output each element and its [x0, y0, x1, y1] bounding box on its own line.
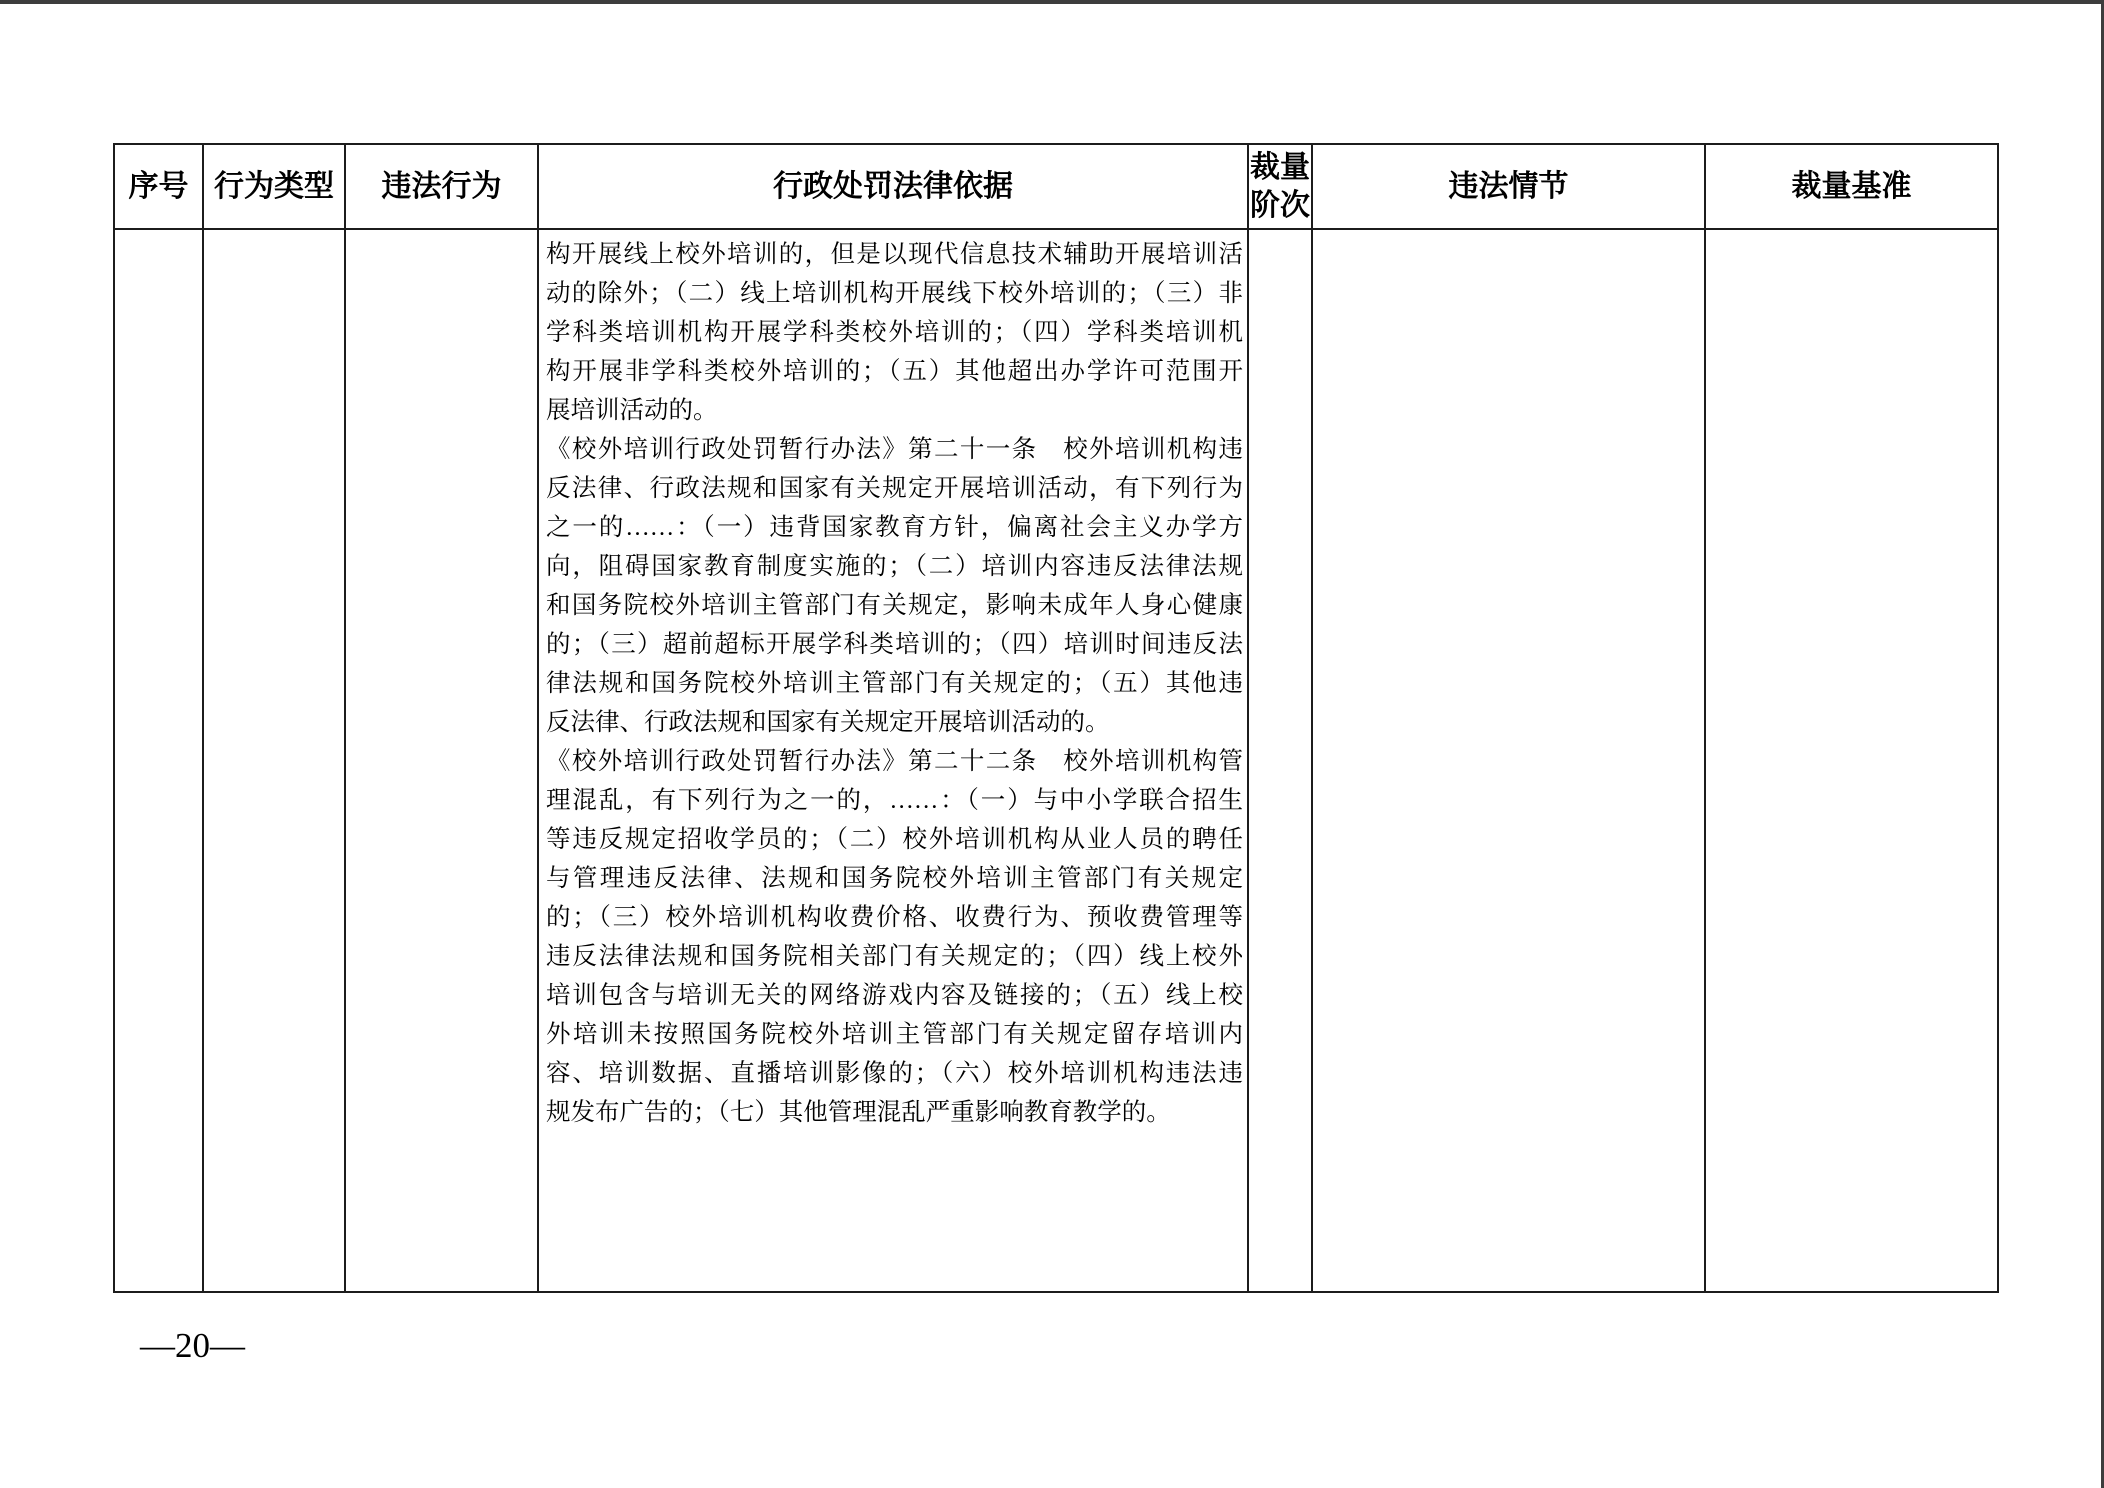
header-discretion-benchmark: 裁量基准: [1705, 144, 1998, 229]
header-row: 序号 行为类型 违法行为 行政处罚法律依据 裁量阶次 违法情节 裁量基准: [114, 144, 1998, 229]
cell-seq: [114, 229, 203, 1292]
legal-basis-line: 容、培训数据、直播培训影像的；（六）校外培训机构违法违: [546, 1054, 1243, 1093]
legal-basis-line: 和国务院校外培训主管部门有关规定，影响未成年人身心健康: [546, 586, 1243, 625]
page-number: —20—: [140, 1326, 245, 1366]
legal-basis-line: 《校外培训行政处罚暂行办法》第二十一条 校外培训机构违: [546, 430, 1243, 469]
legal-basis-line: 的；（三）超前超标开展学科类培训的；（四）培训时间违反法: [546, 625, 1243, 664]
legal-basis-line: 律法规和国务院校外培训主管部门有关规定的；（五）其他违: [546, 664, 1243, 703]
legal-basis-line: 向，阻碍国家教育制度实施的；（二）培训内容违反法律法规: [546, 547, 1243, 586]
header-behavior-type: 行为类型: [203, 144, 345, 229]
cell-discretion-benchmark: [1705, 229, 1998, 1292]
legal-basis-line: 构开展线上校外培训的，但是以现代信息技术辅助开展培训活: [546, 235, 1243, 274]
header-illegal-behavior: 违法行为: [345, 144, 538, 229]
legal-basis-line: 违反法律法规和国务院相关部门有关规定的；（四）线上校外: [546, 937, 1243, 976]
header-seq: 序号: [114, 144, 203, 229]
header-illegal-circumstances: 违法情节: [1312, 144, 1705, 229]
header-legal-basis: 行政处罚法律依据: [538, 144, 1248, 229]
cell-legal-basis: 构开展线上校外培训的，但是以现代信息技术辅助开展培训活动的除外；（二）线上培训机…: [538, 229, 1248, 1292]
legal-basis-line: 理混乱，有下列行为之一的，……：（一）与中小学联合招生: [546, 781, 1243, 820]
legal-basis-line: 规发布广告的；（七）其他管理混乱严重影响教育教学的。: [546, 1093, 1243, 1132]
legal-basis-line: 反法律、行政法规和国家有关规定开展培训活动的。: [546, 703, 1243, 742]
legal-basis-line: 的；（三）校外培训机构收费价格、收费行为、预收费管理等: [546, 898, 1243, 937]
cell-illegal-behavior: [345, 229, 538, 1292]
legal-basis-line: 《校外培训行政处罚暂行办法》第二十二条 校外培训机构管: [546, 742, 1243, 781]
document-page: { "frame": { "top_edge_color": "#3d3d3d"…: [0, 0, 2104, 1488]
legal-basis-line: 展培训活动的。: [546, 391, 1243, 430]
legal-basis-line: 培训包含与培训无关的网络游戏内容及链接的；（五）线上校: [546, 976, 1243, 1015]
legal-basis-line: 等违反规定招收学员的；（二）校外培训机构从业人员的聘任: [546, 820, 1243, 859]
legal-basis-line: 之一的……：（一）违背国家教育方针，偏离社会主义办学方: [546, 508, 1243, 547]
cell-illegal-circumstances: [1312, 229, 1705, 1292]
window-top-edge: [0, 0, 2104, 4]
penalty-discretion-table: 序号 行为类型 违法行为 行政处罚法律依据 裁量阶次 违法情节 裁量基准 构开展…: [113, 143, 1999, 1293]
legal-basis-line: 构开展非学科类校外培训的；（五）其他超出办学许可范围开: [546, 352, 1243, 391]
legal-basis-line: 动的除外；（二）线上培训机构开展线下校外培训的；（三）非: [546, 274, 1243, 313]
legal-basis-line: 学科类培训机构开展学科类校外培训的；（四）学科类培训机: [546, 313, 1243, 352]
legal-basis-line: 反法律、行政法规和国家有关规定开展培训活动，有下列行为: [546, 469, 1243, 508]
cell-discretion-level: [1248, 229, 1312, 1292]
table-row: 构开展线上校外培训的，但是以现代信息技术辅助开展培训活动的除外；（二）线上培训机…: [114, 229, 1998, 1292]
cell-behavior-type: [203, 229, 345, 1292]
legal-basis-line: 与管理违反法律、法规和国务院校外培训主管部门有关规定: [546, 859, 1243, 898]
header-discretion-level: 裁量阶次: [1248, 144, 1312, 229]
legal-basis-line: 外培训未按照国务院校外培训主管部门有关规定留存培训内: [546, 1015, 1243, 1054]
